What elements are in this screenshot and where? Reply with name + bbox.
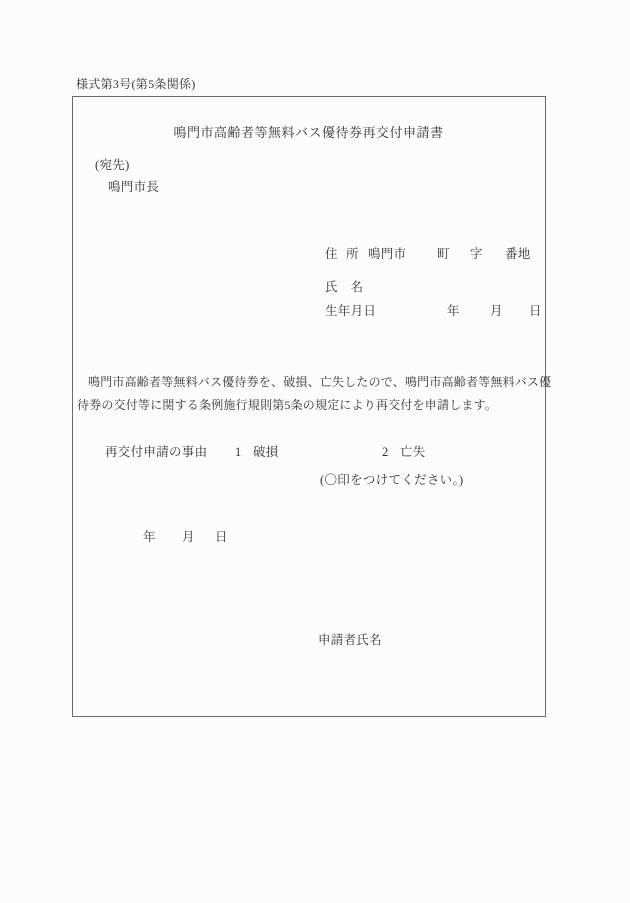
birthdate-month-label: 月: [490, 304, 503, 318]
name-field-label: 氏 名: [325, 280, 363, 294]
document-page: 様式第3号(第5条関係) 鳴門市高齢者等無料バス優待券再交付申請書 (宛先) 鳴…: [0, 0, 630, 903]
reason-option1-label: 破損: [253, 445, 279, 459]
address-aza-label: 字: [470, 247, 483, 261]
address-field-label-part2: 所: [346, 247, 359, 261]
birthdate-year-label: 年: [447, 304, 460, 318]
form-number-label: 様式第3号(第5条関係): [76, 78, 196, 92]
application-body-paragraph: 鳴門市高齢者等無料バス優待券を、破損、亡失したので、鳴門市高齢者等無料バス優 待…: [77, 371, 545, 417]
address-city-text: 鳴門市: [368, 247, 406, 261]
reason-option2-number: 2: [382, 445, 389, 459]
reason-option2-label: 亡失: [400, 445, 426, 459]
circle-mark-instruction-note: (〇印をつけてください。): [320, 473, 463, 487]
addressee-name: 鳴門市長: [108, 180, 159, 194]
body-paragraph-line-2: 待券の交付等に関する条例施行規則第5条の規定により再交付を申請します。: [77, 394, 545, 417]
applicant-name-field-label: 申請者氏名: [318, 633, 382, 647]
address-banchi-label: 番地: [505, 247, 531, 261]
application-date-month-label: 月: [182, 530, 195, 544]
reason-option1-number: 1: [235, 445, 242, 459]
application-date-day-label: 日: [215, 530, 228, 544]
body-paragraph-line-1: 鳴門市高齢者等無料バス優待券を、破損、亡失したので、鳴門市高齢者等無料バス優: [77, 371, 545, 394]
address-field-label-part1: 住: [325, 247, 338, 261]
address-town-label: 町: [437, 247, 450, 261]
birthdate-day-label: 日: [529, 304, 542, 318]
reason-field-label: 再交付申請の事由: [105, 445, 207, 459]
addressee-label: (宛先): [95, 158, 130, 172]
birthdate-field-label: 生年月日: [325, 304, 376, 318]
document-title: 鳴門市高齢者等無料バス優待券再交付申請書: [72, 126, 545, 141]
application-date-year-label: 年: [143, 530, 156, 544]
